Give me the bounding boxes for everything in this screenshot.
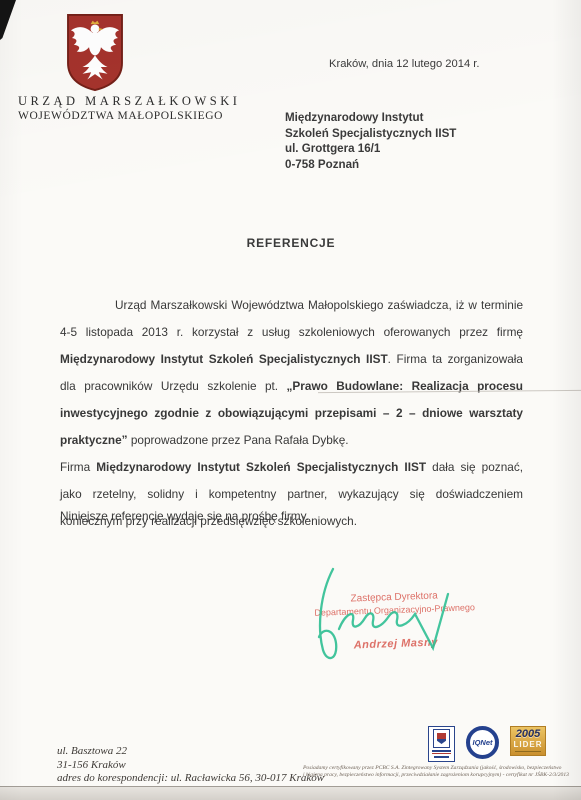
certification-footnote: Posiadamy certyfikowany przez PCBC S.A. … bbox=[303, 765, 579, 779]
recipient-line: ul. Grottgera 16/1 bbox=[285, 141, 456, 157]
scanned-reference-letter: URZĄD MARSZAŁKOWSKI WOJEWÓDZTWA MAŁOPOLS… bbox=[0, 0, 581, 800]
closing-sentence: Niniejsze referencje wydaje się na prośb… bbox=[60, 509, 309, 523]
body-text-segment: poprowadzone przez Pana Rafała Dybkę. bbox=[128, 433, 349, 447]
lider-logo-word: LIDER bbox=[511, 740, 545, 749]
certification-footnote-line: Posiadamy certyfikowany przez PCBC S.A. … bbox=[303, 765, 579, 772]
body-text-segment: Urząd Marszałkowski Województwa Małopols… bbox=[60, 298, 523, 339]
footer-address-line: ul. Basztowa 22 bbox=[57, 745, 324, 759]
org-name-line2: WOJEWÓDZTWA MAŁOPOLSKIEGO bbox=[18, 110, 240, 122]
certification-logos: IQNet 2005 LIDER bbox=[428, 726, 546, 762]
body-text-segment-bold: Międzynarodowy Instytut Szkoleń Specjali… bbox=[96, 460, 426, 474]
pcbc-text-line bbox=[434, 756, 449, 758]
pcbc-text-line bbox=[432, 750, 451, 752]
recipient-line: Międzynarodowy Instytut bbox=[285, 110, 456, 126]
certification-footnote-line: i higiena pracy, bezpieczeństwo informac… bbox=[303, 772, 579, 779]
letterhead-org: URZĄD MARSZAŁKOWSKI WOJEWÓDZTWA MAŁOPOLS… bbox=[18, 94, 240, 122]
footer-address-block: ul. Basztowa 22 31-156 Kraków adres do k… bbox=[57, 745, 324, 786]
iqnet-logo-label: IQNet bbox=[472, 738, 492, 747]
body-text-segment: Firma bbox=[60, 460, 96, 474]
pcbc-emblem-icon bbox=[433, 729, 450, 748]
pcbc-certification-logo bbox=[428, 726, 455, 762]
recipient-address-block: Międzynarodowy Instytut Szkoleń Specjali… bbox=[285, 110, 456, 172]
lider-2005-logo: 2005 LIDER bbox=[510, 726, 546, 756]
lider-logo-smallprint bbox=[515, 751, 541, 752]
org-name-line1: URZĄD MARSZAŁKOWSKI bbox=[18, 94, 240, 109]
lider-logo-year: 2005 bbox=[511, 728, 545, 740]
letter-body: Urząd Marszałkowski Województwa Małopols… bbox=[60, 292, 523, 535]
footer-address-line: 31-156 Kraków bbox=[57, 759, 324, 773]
iqnet-logo: IQNet bbox=[466, 726, 499, 759]
malopolska-coat-of-arms-icon bbox=[66, 13, 124, 92]
footer-address-line: adres do korespondencji: ul. Racławicka … bbox=[57, 772, 324, 786]
scan-edge-shadow bbox=[0, 787, 581, 800]
handwritten-signature bbox=[293, 566, 478, 676]
body-text-segment-bold: Międzynarodowy Instytut Szkoleń Specjali… bbox=[60, 352, 388, 366]
recipient-line: Szkoleń Specjalistycznych IIST bbox=[285, 126, 456, 142]
scan-corner-artifact bbox=[0, 0, 16, 40]
recipient-line: 0-758 Poznań bbox=[285, 157, 456, 173]
paragraph-1: Urząd Marszałkowski Województwa Małopols… bbox=[60, 292, 523, 454]
date-line: Kraków, dnia 12 lutego 2014 r. bbox=[329, 58, 480, 70]
pcbc-text-line bbox=[432, 753, 451, 754]
document-title: REFERENCJE bbox=[60, 236, 522, 250]
